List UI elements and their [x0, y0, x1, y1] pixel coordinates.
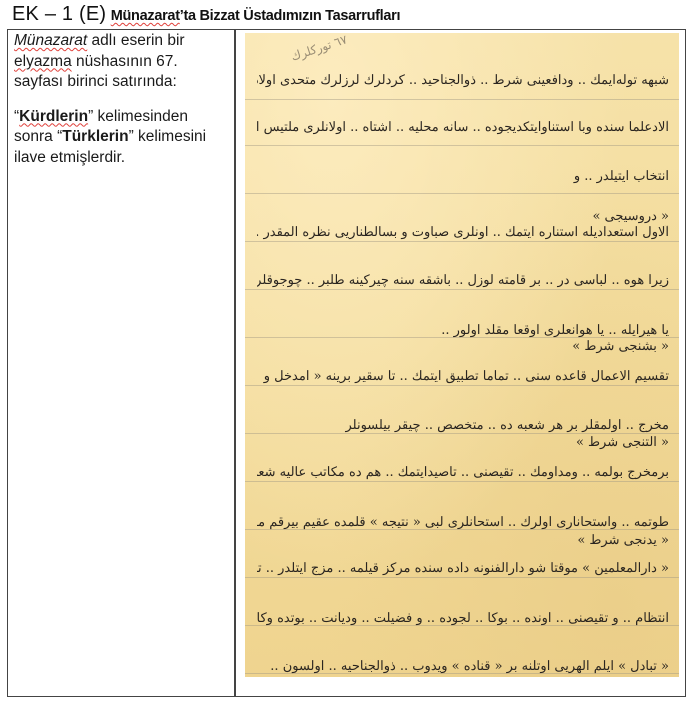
page-number-note: ٦٧ تورکلرك [289, 33, 349, 64]
handwritten-line: « التنجی شرط » [257, 435, 669, 450]
handwritten-line: شبهه توله‌ایمك .. ودافعینی شرط .. ذوالجن… [257, 73, 669, 88]
description-paragraph-2: “Kürdlerin” kelimesinden sonra “Türkleri… [14, 107, 228, 169]
handwritten-line: « بشنجی شرط » [257, 339, 669, 354]
handwritten-line: « تبادل » ایلم الهریی اوتلنه بر « قناده … [257, 659, 669, 674]
text-span: adlı eserin bir [87, 32, 184, 49]
ruled-line [245, 145, 679, 146]
handwritten-line: آلادعلما سنده وبا استناوایتکدیجوده .. سا… [257, 120, 669, 135]
ruled-line [245, 241, 679, 242]
ruled-line [245, 481, 679, 482]
description-cell: Münazarat adlı eserin bir elyazma nüshas… [14, 31, 228, 168]
handwritten-line: مخرج .. اولمقلر بر هر شعبه ده .. متخصص .… [257, 418, 669, 433]
handwritten-line: طوتمه .. واستحاناری اولرك .. استحانلری ل… [257, 515, 669, 530]
appendix-label: EK – 1 (E) [12, 3, 106, 25]
handwritten-line: انتظام .. و تقیصنی .. اونده .. بوکا .. ل… [257, 611, 669, 626]
bold-word-turklerin: Türklerin [62, 128, 128, 145]
description-paragraph-1: Münazarat adlı eserin bir elyazma nüshas… [14, 31, 228, 93]
handwritten-line: « یدنجی شرط » [257, 533, 669, 548]
title-work-name: Münazarat [111, 8, 180, 24]
handwritten-line: برمخرج بولمه .. ومداومك .. تقیصنی .. تاص… [257, 465, 669, 480]
ruled-line [245, 289, 679, 290]
ruled-line [245, 99, 679, 100]
handwritten-line: « دروسیجی » [257, 209, 669, 224]
title-text: Münazarat’ta Bizzat Üstadımızın Tasarruf… [111, 8, 401, 24]
handwritten-line: تقسیم الاعمال قاعده سنی .. تماما تطبیق ا… [257, 369, 669, 384]
underlined-word: elyazma [14, 53, 72, 70]
handwritten-line: یا هیرایله .. یا هوانعلری اوقعا مقلد اول… [257, 323, 669, 338]
ruled-line [245, 385, 679, 386]
ruled-line [245, 577, 679, 578]
ruled-line [245, 193, 679, 194]
bold-word-kurdlerin: Kürdlerin [19, 108, 88, 125]
handwritten-line: زیرا هوه .. لباسی در .. بر قامته لوزل ..… [257, 273, 669, 288]
ruled-line [245, 433, 679, 434]
manuscript-image: ٦٧ تورکلرك شبهه توله‌ایمك .. ودافعینی شر… [245, 33, 679, 677]
handwritten-line: « دارالمعلمین » موقتا شو دارالفنونه داده… [257, 561, 669, 576]
handwritten-line: آلاول استعدادیله استناره ایتمك .. اونلری… [257, 225, 669, 240]
work-name-italic: Münazarat [14, 32, 87, 49]
title-rest: ’ta Bizzat Üstadımızın Tasarrufları [180, 8, 400, 24]
handwritten-line: انتخاب ایتیلدر .. و [257, 169, 669, 184]
comparison-table: Münazarat adlı eserin bir elyazma nüshas… [7, 29, 686, 697]
column-divider [234, 30, 236, 696]
page-title: EK – 1 (E) Münazarat’ta Bizzat Üstadımız… [12, 3, 400, 26]
